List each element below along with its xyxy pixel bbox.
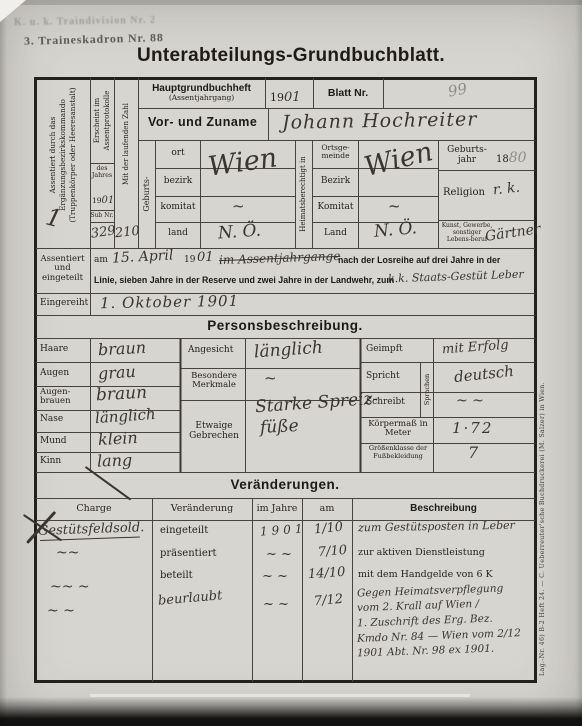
- geburts-ort-label: ort: [156, 149, 200, 159]
- spricht-label: Spricht: [366, 372, 400, 382]
- veraenderung-entry-2: präsentiert: [160, 548, 217, 559]
- heimat-komitat-entry: ~: [388, 198, 401, 215]
- kinn-label: Kinn: [40, 457, 61, 467]
- beschreibung-entry-3: mit dem Handgelde von 6 K: [358, 570, 493, 580]
- am-entry-1: 1/10: [313, 521, 344, 538]
- schreibt-label: Schreibt: [366, 398, 405, 408]
- jahr-entry-3: ~ ~: [262, 570, 288, 584]
- veraenderung-header: Veränderung: [152, 504, 252, 514]
- jahr-hand-value: 01: [102, 195, 115, 206]
- geburts-komitat-label: komitat: [156, 203, 200, 213]
- augenbrauen-entry: braun: [96, 384, 148, 405]
- augen-entry: grau: [97, 363, 136, 383]
- eingereiht-label: Eingereiht: [40, 299, 88, 309]
- haare-entry: braun: [98, 339, 147, 359]
- religion-label: Religion: [443, 187, 485, 198]
- assent-am-printed: am: [94, 256, 108, 266]
- veraenderung-entry-1: eingeteilt: [160, 525, 208, 536]
- groessenklasse-entry: 7: [468, 444, 478, 462]
- augenbrauen-label: Augen-brauen: [40, 388, 84, 407]
- charge-entry-2: ~~: [56, 546, 79, 561]
- heft-year-printed: 19: [270, 91, 284, 104]
- protokoll-jahr-entry: 1901: [92, 189, 114, 207]
- laufende-zahl-entry: 210: [114, 225, 140, 242]
- jahr-entry-4: ~ ~: [263, 598, 289, 612]
- form-title: Unterabteilungs-Grundbuchblatt.: [0, 46, 582, 67]
- geburtsjahr-printed: 18: [496, 154, 509, 165]
- religion-entry: r. k.: [492, 181, 520, 199]
- heimat-bezirk-label: Bezirk: [313, 177, 358, 187]
- heft-year-entry: 1901: [270, 87, 301, 105]
- haare-label: Haare: [40, 345, 68, 355]
- geburts-komitat-entry: ~: [232, 198, 245, 215]
- eingereiht-entry: 1. Oktober 1901: [100, 293, 239, 312]
- heimat-side-label: Heimatsberechtigt in: [296, 141, 312, 247]
- charge-entry-3: ~~ ~: [50, 580, 90, 595]
- blatt-nr-entry: 99: [447, 80, 469, 100]
- blatt-nr-label: Blatt Nr.: [315, 88, 381, 100]
- geburtsjahr-hand: 80: [509, 150, 527, 166]
- heft-year-hand: 01: [284, 90, 301, 105]
- geburts-land-label: land: [156, 229, 200, 239]
- laufende-zahl-label: Mit der laufenden Zahl: [115, 79, 138, 209]
- assentprotokoll-label: Erscheint im Assentprotokolle: [91, 79, 114, 162]
- heimat-komitat-label: Komitat: [313, 203, 358, 213]
- heimat-ortsgemeinde-label: Ortsge-meinde: [313, 144, 358, 161]
- assent-text1: nach der Losreihe auf drei Jahre in der: [338, 256, 500, 266]
- mund-label: Mund: [40, 437, 67, 447]
- nase-label: Nase: [40, 415, 63, 425]
- jahr-printed-prefix: 19: [92, 196, 102, 205]
- assentjahrgang-sublabel: (Assentjahrgang): [140, 94, 263, 102]
- veraenderung-entry-3: beteilt: [160, 570, 193, 581]
- assent-year-entry: 01: [197, 251, 214, 265]
- name-label: Vor- und Zuname: [148, 116, 257, 130]
- nase-entry: länglich: [94, 406, 156, 427]
- groessenklasse-label: Größenklasse der Fußbekleidung: [365, 445, 431, 461]
- angesicht-label: Angesicht: [188, 346, 233, 356]
- geburtsjahr-label: Geburts-jahr: [441, 146, 493, 166]
- gebrechen-entry-line2: füße: [260, 417, 300, 438]
- assent-text2: Linie, sieben Jahre in der Reserve und z…: [94, 276, 394, 286]
- beschreibung-entry-2: zur aktiven Dienstleistung: [358, 548, 485, 558]
- personsbeschreibung-heading: Personsbeschreibung.: [35, 319, 535, 334]
- beschreibung-header: Beschreibung: [352, 503, 535, 514]
- merkmale-entry: ~: [264, 370, 277, 387]
- am-header: am: [302, 504, 352, 514]
- am-entry-3: 14/10: [308, 566, 346, 583]
- koerpermass-label: Körpermaß in Meter: [365, 420, 431, 439]
- schreibt-entry: ~ ~: [456, 394, 484, 409]
- protokoll-sub-label: Sub Nr.: [90, 213, 114, 220]
- assent-year-printed: 19: [184, 256, 195, 266]
- gebrechen-label: Etwaige Gebrechen: [186, 422, 242, 442]
- geburts-bezirk-label: bezirk: [156, 177, 200, 187]
- jahr-entry-2: ~ ~: [266, 548, 292, 562]
- heimat-land-entry: N. Ö.: [373, 219, 417, 241]
- geimpft-label: Geimpft: [366, 345, 403, 355]
- mund-entry: klein: [98, 429, 139, 449]
- am-entry-4: 7/12: [313, 593, 343, 610]
- protokoll-jahr-label: des Jahres: [90, 166, 114, 180]
- grundbuchblatt-document: K. u. k. Traindivision Nr. 2 3. Trainesk…: [0, 0, 582, 726]
- assent-date-entry: 15. April: [112, 248, 174, 267]
- am-entry-2: 7/10: [317, 544, 347, 561]
- sprachen-side-label: Sprachen: [421, 363, 433, 416]
- geburts-side-label: Geburts-: [139, 141, 155, 247]
- hauptgrundbuchheft-cell: Hauptgrundbuchheft (Assentjahrgang): [140, 83, 263, 102]
- printer-imprint: Lag.-Nr. 46) B-2 Heft 24. — C. Ueberreut…: [538, 376, 548, 682]
- name-entry: Johann Hochreiter: [282, 109, 478, 133]
- merkmale-label: Besondere Merkmale: [186, 372, 242, 391]
- im-jahre-header: im Jahre: [252, 504, 302, 514]
- geburts-land-entry: N. Ö.: [217, 222, 261, 244]
- charge-entry-4: ~ ~: [47, 604, 75, 619]
- augen-label: Augen: [40, 369, 69, 379]
- kinn-entry: lang: [97, 451, 133, 470]
- heimat-land-label: Land: [313, 229, 358, 239]
- geburtsjahr-entry: 1880: [496, 148, 527, 166]
- koerpermass-entry: 1·72: [452, 420, 493, 437]
- assentiert-eingeteilt-label: Assentiert und eingeteilt: [37, 255, 88, 283]
